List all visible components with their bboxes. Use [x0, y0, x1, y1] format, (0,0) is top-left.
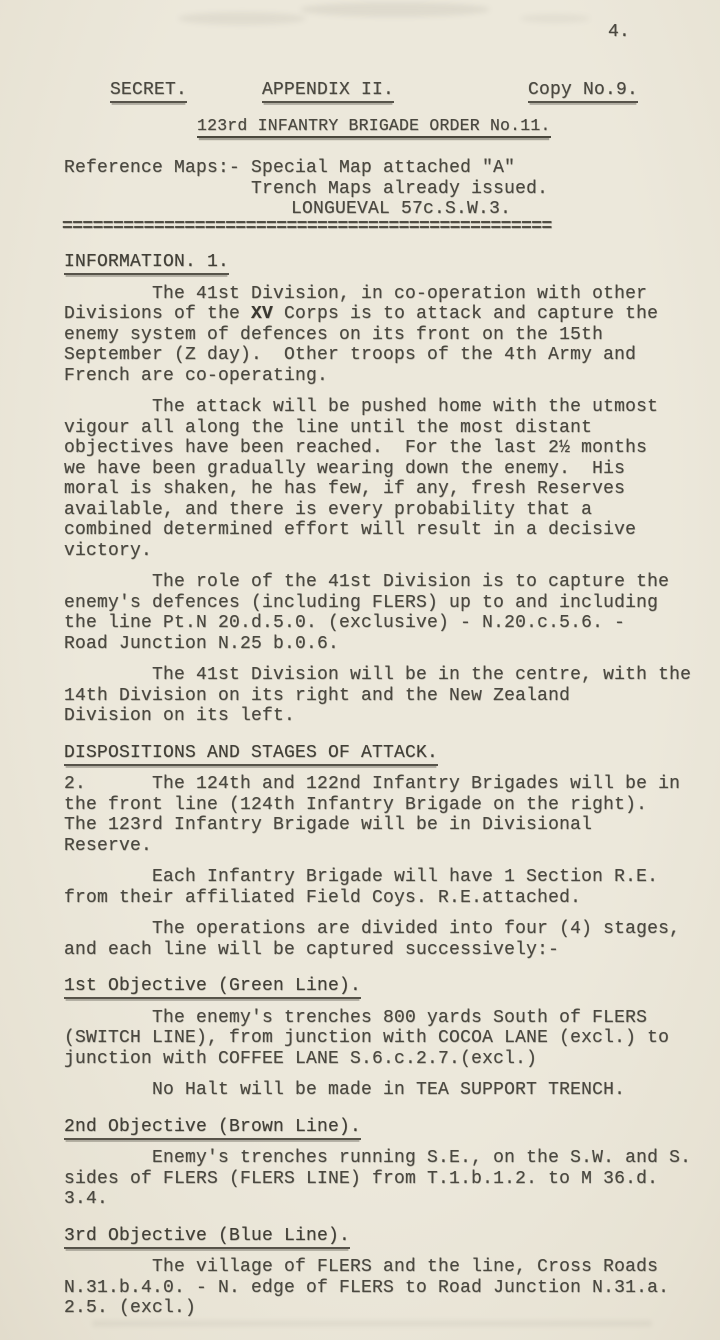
bleed-through-smudge — [92, 1320, 652, 1327]
appendix-label: APPENDIX II. — [262, 80, 394, 101]
page-number: 4. — [608, 22, 630, 43]
section-heading-first-objective: 1st Objective (Green Line). — [64, 976, 716, 997]
bleed-through-smudge — [300, 2, 490, 17]
section-heading-third-objective: 3rd Objective (Blue Line). — [64, 1226, 716, 1247]
reference-maps-label: Reference Maps:- — [64, 158, 240, 220]
copy-number-text: Copy No.9. — [528, 80, 638, 103]
order-title-text: 123rd INFANTRY BRIGADE ORDER No.11. — [197, 116, 551, 138]
information-paragraph-3: The role of the 41st Division is to capt… — [64, 572, 716, 654]
information-paragraph-4: The 41st Division will be in the centre,… — [64, 665, 716, 727]
dispositions-paragraph-3: The operations are divided into four (4)… — [64, 919, 716, 960]
information-paragraph-1: The 41st Division, in co-operation with … — [64, 284, 716, 387]
second-objective-paragraph-1: Enemy's trenches running S.E., on the S.… — [64, 1148, 716, 1210]
information-paragraph-2: The attack will be pushed home with the … — [64, 397, 716, 561]
order-title: 123rd INFANTRY BRIGADE ORDER No.11. — [197, 116, 551, 137]
reference-maps-block: Reference Maps:- Special Map attached "A… — [64, 158, 548, 220]
third-objective-paragraph-1: The village of FLERS and the line, Cross… — [64, 1257, 716, 1319]
section-heading-information: INFORMATION. 1. — [64, 252, 716, 273]
separator-dashes: ========================================… — [62, 217, 552, 238]
reference-map-line-2: Trench Maps already issued. — [251, 179, 548, 200]
order-body: INFORMATION. 1. The 41st Division, in co… — [64, 252, 716, 1319]
reference-maps-list: Special Map attached "A" Trench Maps alr… — [251, 158, 548, 220]
reference-map-line-1: Special Map attached "A" — [251, 158, 548, 179]
first-objective-paragraph-1: The enemy's trenches 800 yards South of … — [64, 1008, 716, 1070]
bleed-through-smudge — [178, 12, 306, 25]
first-objective-paragraph-2: No Halt will be made in TEA SUPPORT TREN… — [64, 1080, 716, 1101]
corps-numeral: XV — [251, 304, 273, 324]
copy-number: Copy No.9. — [528, 80, 638, 101]
classification-label: SECRET. — [110, 80, 187, 101]
classification-text: SECRET. — [110, 80, 187, 103]
document-page: 4. SECRET. APPENDIX II. Copy No.9. 123rd… — [0, 0, 720, 1340]
section-heading-second-objective: 2nd Objective (Brown Line). — [64, 1117, 716, 1138]
section-heading-dispositions: DISPOSITIONS AND STAGES OF ATTACK. — [64, 743, 716, 764]
dispositions-paragraph-2: Each Infantry Brigade will have 1 Sectio… — [64, 867, 716, 908]
appendix-text: APPENDIX II. — [262, 80, 394, 103]
bleed-through-smudge — [520, 14, 590, 23]
dispositions-paragraph-1: 2. The 124th and 122nd Infantry Brigades… — [64, 774, 716, 856]
